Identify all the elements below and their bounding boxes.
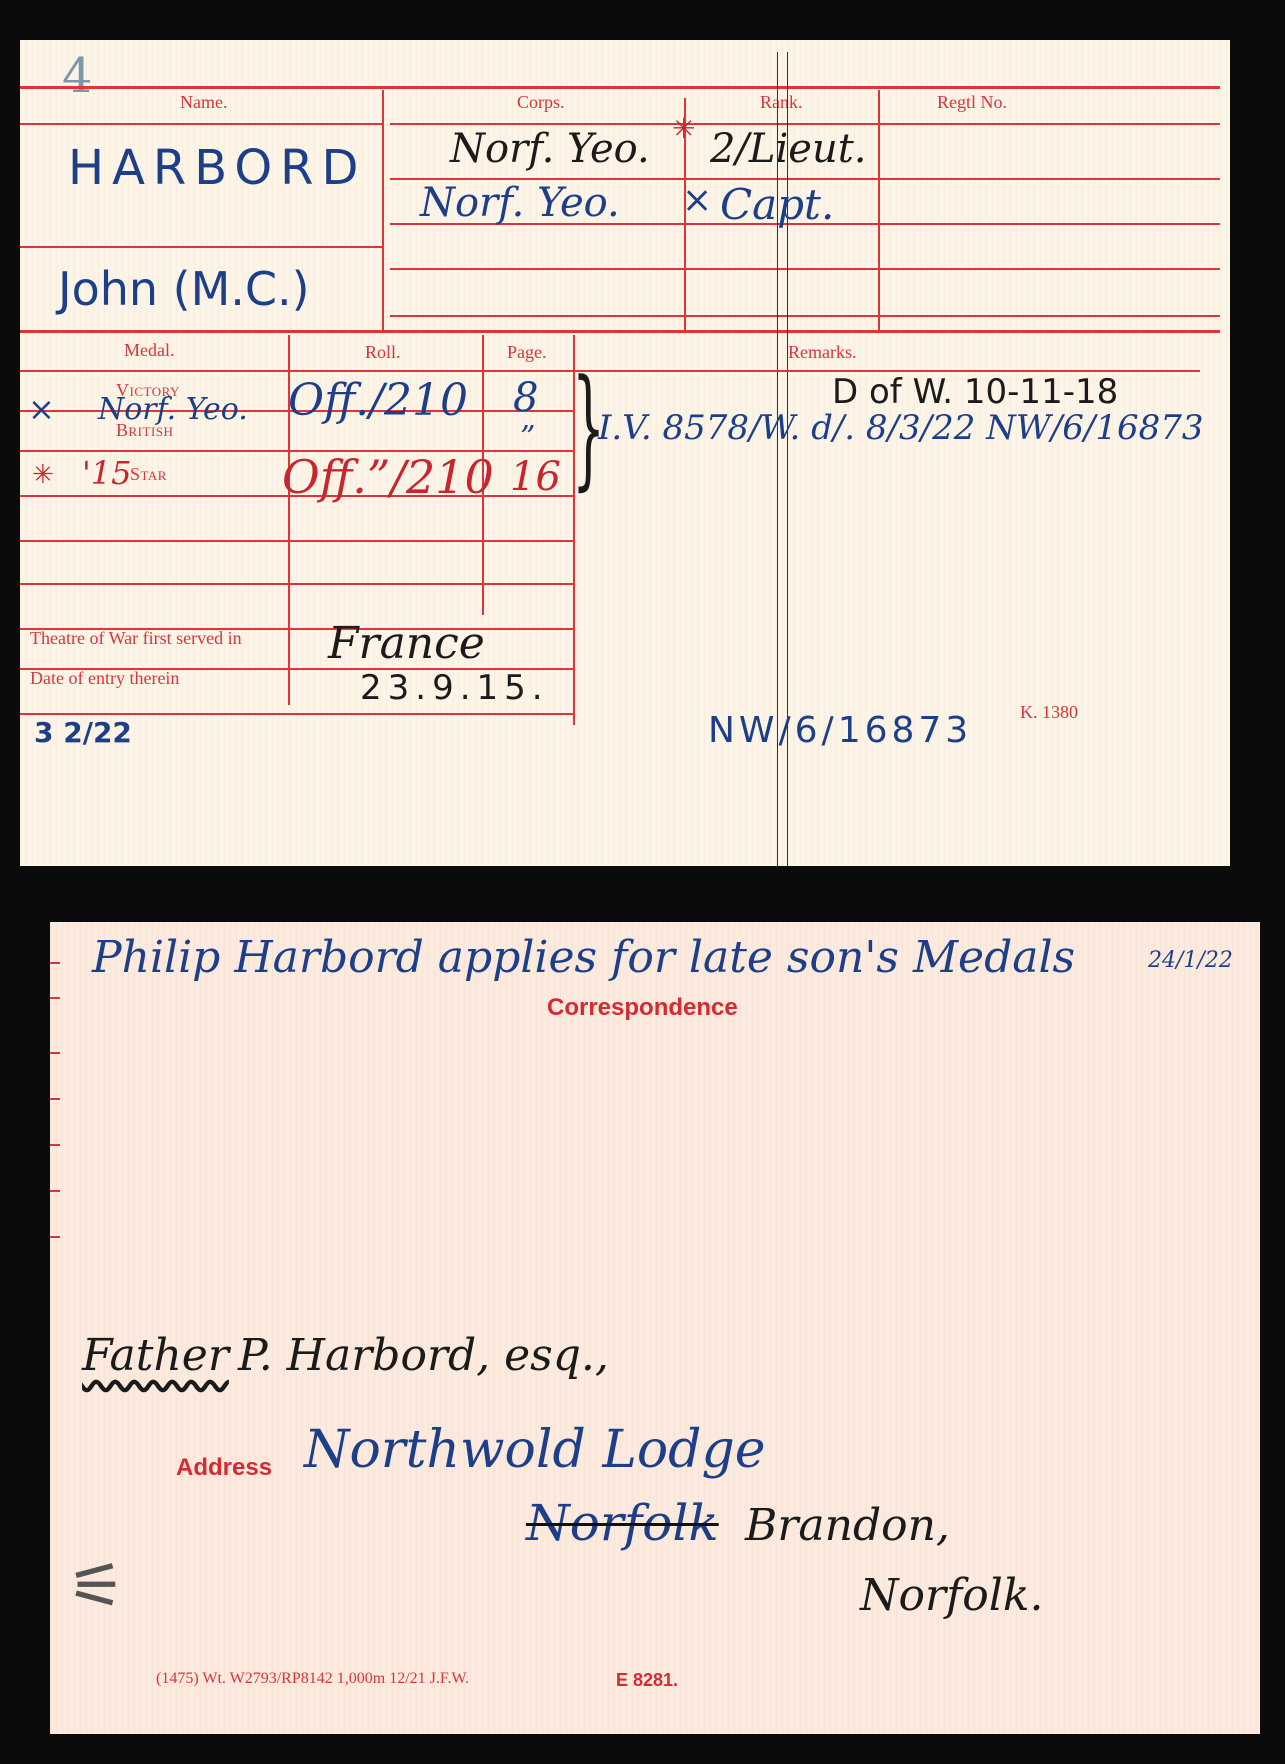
header-corps: Corps. (517, 92, 565, 113)
rule (20, 330, 1220, 333)
divider (878, 90, 880, 330)
date-label: Date of entry therein (30, 668, 179, 689)
margin-tick (50, 1190, 60, 1192)
divider (382, 90, 384, 330)
rank-line-1: 2/Lieut. (710, 126, 867, 172)
margin-tick (50, 1236, 60, 1238)
bottom-left-note: 3 2/22 (34, 716, 132, 749)
header-medal: Medal. (124, 340, 174, 361)
margin-tick (50, 1098, 60, 1100)
asterisk-marker: ✳ (32, 460, 54, 490)
rule (20, 123, 382, 125)
rule (20, 540, 573, 542)
rank-line-2: Capt. (720, 180, 834, 229)
header-regtl-no: Regtl No. (937, 92, 1007, 113)
header-rank: Rank. (760, 92, 803, 113)
margin-tick (50, 1052, 60, 1054)
correspondence-note: Philip Harbord applies for late son's Me… (92, 932, 1075, 983)
medal-page: 16 (510, 454, 561, 500)
rule (20, 583, 573, 585)
header-remarks: Remarks. (788, 342, 856, 363)
medal-roll: Off.”/210 (282, 450, 494, 504)
print-code: E 8281. (616, 1670, 678, 1691)
correspondence-note-date: 24/1/22 (1148, 948, 1233, 973)
surname: HARBORD (68, 140, 366, 196)
rule (20, 86, 1220, 89)
rule (390, 315, 1220, 317)
corps-line-2: Norf. Yeo. (420, 180, 620, 226)
rule (390, 123, 1220, 125)
medal-index-card-back: Philip Harbord applies for late son's Me… (50, 922, 1260, 1734)
header-page: Page. (507, 342, 547, 363)
father-name: P. Harbord, esq., (238, 1330, 609, 1381)
address-line-3: Norfolk. (860, 1570, 1044, 1621)
remarks-line-2: I.V. 8578/W. d/. 8/3/22 NW/6/16873 (598, 408, 1204, 448)
margin-tick (50, 1144, 60, 1146)
medal-annotation: '15 (82, 454, 132, 492)
rule (20, 713, 573, 715)
medal-annotation: Norf. Yeo. (98, 392, 248, 427)
address-line-2-struck: Norfolk (526, 1494, 719, 1552)
remarks-line-1: D of W. 10-11-18 (832, 372, 1118, 412)
medal-star-label: Star (130, 464, 167, 485)
form-number: K. 1380 (1020, 702, 1078, 723)
header-roll: Roll. (365, 342, 401, 363)
corner-pencil-mark: 4 (62, 48, 93, 104)
address-line-1: Northwold Lodge (304, 1420, 766, 1480)
father-label: Father (82, 1330, 229, 1381)
address-label: Address (176, 1454, 272, 1482)
medal-roll: Off./210 (288, 375, 468, 426)
pencil-mark: ⚟ (68, 1550, 125, 1624)
rule (20, 246, 382, 248)
bottom-reference: NW/6/16873 (708, 710, 972, 751)
margin-tick (50, 997, 60, 999)
cross-marker: × (28, 390, 55, 428)
asterisk-marker: ✳ (672, 112, 695, 145)
margin-tick (50, 962, 60, 964)
correspondence-heading: Correspondence (547, 994, 738, 1022)
page-ditto: ” (520, 420, 535, 455)
date-value: 23.9.15. (360, 668, 549, 708)
print-line: (1475) Wt. W2793/RP8142 1,000m 12/21 J.F… (156, 1670, 469, 1688)
rule (390, 268, 1220, 270)
address-line-2: Brandon, (745, 1500, 950, 1551)
medal-page: 8 (513, 375, 538, 421)
theatre-value: France (328, 618, 485, 669)
corps-line-1: Norf. Yeo. (450, 126, 650, 172)
theatre-label: Theatre of War first served in (30, 628, 242, 649)
cross-marker: × (682, 180, 712, 221)
header-name: Name. (180, 92, 227, 113)
medal-index-card-front: 4 Name. Corps. Rank. Regtl No. HARBORD J… (20, 40, 1230, 866)
forename: John (M.C.) (58, 262, 310, 316)
